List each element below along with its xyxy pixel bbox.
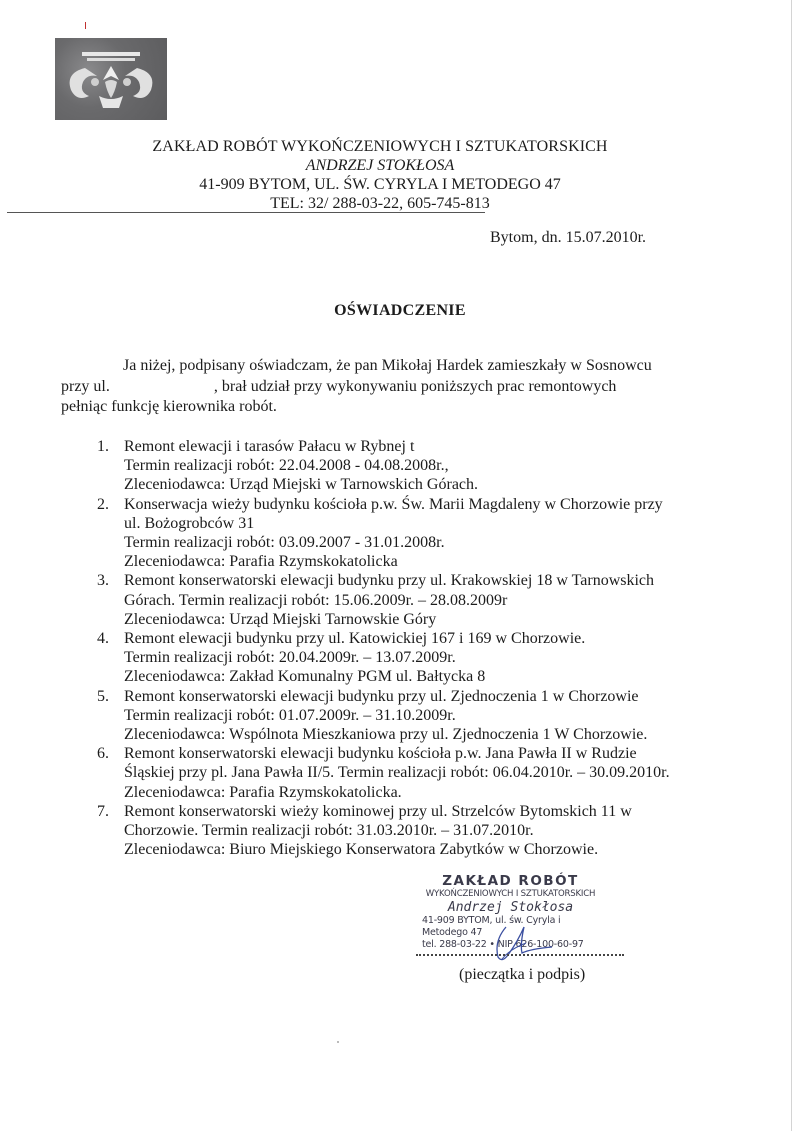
scan-speck xyxy=(337,1041,339,1043)
company-address: 41-909 BYTOM, UL. ŚW. CYRYLA I METODEGO … xyxy=(130,175,630,194)
work-item-line: Zleceniodawca: Biuro Miejskiego Konserwa… xyxy=(124,840,677,859)
work-item-line: Remont konserwatorski wieży kominowej pr… xyxy=(124,802,677,821)
intro-line-end: , brał udział przy wykonywaniu poniższyc… xyxy=(214,378,617,395)
intro-paragraph: Ja niżej, podpisany oświadczam, że pan M… xyxy=(61,356,667,418)
company-name: ZAKŁAD ROBÓT WYKOŃCZENIOWYCH I SZTUKATOR… xyxy=(130,137,630,156)
work-item: 4.Remont elewacji budynku przy ul. Katow… xyxy=(97,629,677,687)
work-item-line: Termin realizacji robót: 01.07.2009r. – … xyxy=(124,706,677,725)
work-item-number: 1. xyxy=(97,437,109,456)
works-list: 1.Remont elewacji i tarasów Pałacu w Ryb… xyxy=(97,437,677,859)
letterhead: ZAKŁAD ROBÓT WYKOŃCZENIOWYCH I SZTUKATOR… xyxy=(130,137,630,213)
intro-line: pełniąc funkcję kierownika robót. xyxy=(61,397,667,418)
work-item-line: Remont elewacji i tarasów Pałacu w Rybne… xyxy=(124,437,677,456)
work-item-line: Remont konserwatorski elewacji budynku k… xyxy=(124,744,677,763)
work-item-number: 3. xyxy=(97,571,109,590)
work-item-number: 5. xyxy=(97,687,109,706)
work-item-line: Zleceniodawca: Urząd Miejski Tarnowskie … xyxy=(124,610,677,629)
work-item-line: Górach. Termin realizacji robót: 15.06.2… xyxy=(124,591,677,610)
work-item-line: Remont konserwatorski elewacji budynku p… xyxy=(124,687,677,706)
street-label: przy ul. xyxy=(61,378,110,395)
work-item-line: Śląskiej przy pl. Jana Pawła II/5. Termi… xyxy=(124,763,677,782)
work-item-line: Termin realizacji robót: 20.04.2009r. – … xyxy=(124,648,677,667)
work-item-line: ul. Bożogrobców 31 xyxy=(124,514,677,533)
work-item-line: Zleceniodawca: Parafia Rzymskokatolicka xyxy=(124,552,677,571)
work-item: 7.Remont konserwatorski wieży kominowej … xyxy=(97,802,677,860)
stamp-line: ZAKŁAD ROBÓT xyxy=(418,874,603,889)
intro-line: przy ul., brał udział przy wykonywaniu p… xyxy=(61,377,667,398)
document-title: OŚWIADCZENIE xyxy=(0,302,800,320)
work-item-line: Zleceniodawca: Wspólnota Mieszkaniowa pr… xyxy=(124,725,677,744)
work-item-line: Remont konserwatorski elewacji budynku p… xyxy=(124,571,677,590)
company-phone: TEL: 32/ 288-03-22, 605-745-813 xyxy=(130,194,630,213)
work-item-line: Zleceniodawca: Zakład Komunalny PGM ul. … xyxy=(124,667,677,686)
signature-icon xyxy=(488,925,558,965)
stamp-line: WYKOŃCZENIOWYCH I SZTUKATORSKICH xyxy=(423,889,599,900)
owner-name: ANDRZEJ STOKŁOSA xyxy=(130,156,630,175)
work-item-line: Konserwacja wieży budynku kościoła p.w. … xyxy=(124,495,677,514)
work-item-line: Zleceniodawca: Urząd Miejski w Tarnowski… xyxy=(124,475,677,494)
work-item: 2.Konserwacja wieży budynku kościoła p.w… xyxy=(97,495,677,572)
company-logo-icon xyxy=(55,38,167,120)
work-item: 6.Remont konserwatorski elewacji budynku… xyxy=(97,744,677,802)
intro-line: Ja niżej, podpisany oświadczam, że pan M… xyxy=(61,356,667,377)
pen-mark xyxy=(85,22,86,29)
work-item-number: 4. xyxy=(97,629,109,648)
stamp-line: Andrzej Stokłosa xyxy=(418,900,603,915)
work-item-line: Zleceniodawca: Parafia Rzymskokatolicka. xyxy=(124,783,677,802)
work-item-number: 2. xyxy=(97,495,109,514)
work-item: 1.Remont elewacji i tarasów Pałacu w Ryb… xyxy=(97,437,677,495)
work-item-line: Chorzowie. Termin realizacji robót: 31.0… xyxy=(124,821,677,840)
work-item: 3.Remont konserwatorski elewacji budynku… xyxy=(97,571,677,629)
work-item-line: Termin realizacji robót: 22.04.2008 - 04… xyxy=(124,456,677,475)
work-item-number: 6. xyxy=(97,744,109,763)
scan-page-edge xyxy=(791,0,792,1131)
header-divider xyxy=(7,212,485,213)
place-and-date: Bytom, dn. 15.07.2010r. xyxy=(490,229,646,247)
signature-line xyxy=(416,954,624,956)
work-item: 5.Remont konserwatorski elewacji budynku… xyxy=(97,687,677,745)
work-item-line: Remont elewacji budynku przy ul. Katowic… xyxy=(124,629,677,648)
work-item-line: Termin realizacji robót: 03.09.2007 - 31… xyxy=(124,533,677,552)
work-item-number: 7. xyxy=(97,802,109,821)
signature-caption: (pieczątka i podpis) xyxy=(459,966,585,984)
